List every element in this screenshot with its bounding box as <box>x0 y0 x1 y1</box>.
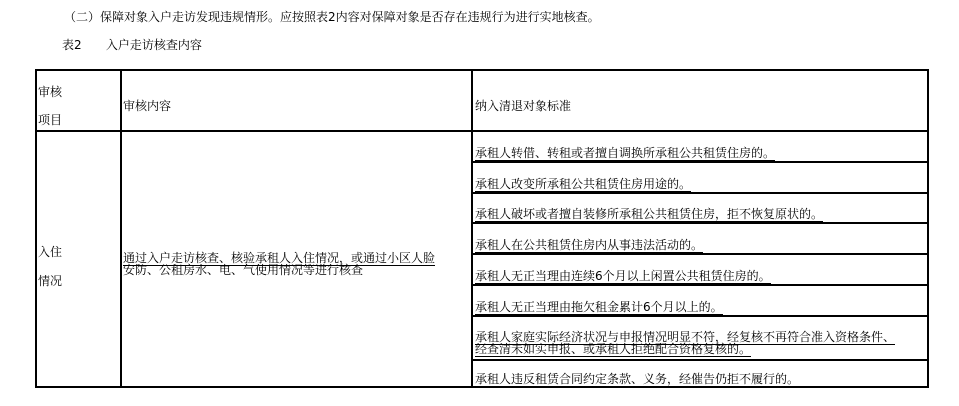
criteria-text: 承租人转借、转租或者擅自调换所承租公共租赁住房的。 <box>475 146 775 161</box>
row-divider <box>473 315 927 317</box>
header-criteria: 纳入清退对象标准 <box>475 100 571 113</box>
column-divider <box>471 71 473 386</box>
column-divider <box>120 71 122 386</box>
criteria-item: 承租人在公共租赁住房内从事违法活动的。 <box>475 239 927 252</box>
criteria-item: 承租人无正当理由拖欠租金累计6个月以上的。 <box>475 301 927 314</box>
content-text: 通过入户走访核查、核验承租人入住情况，或通过小区人脸 安防、公租房水、电、气使用… <box>123 252 435 276</box>
header-divider <box>37 130 927 132</box>
item-line2: 情况 <box>38 275 62 288</box>
criteria-text: 承租人无正当理由拖欠租金累计6个月以上的。 <box>475 300 723 315</box>
criteria-item: 承租人破坏或者擅自装修所承租公共租赁住房，拒不恢复原状的。 <box>475 208 927 221</box>
row-divider <box>473 253 927 255</box>
row-divider <box>473 192 927 194</box>
criteria-text: 承租人违反租赁合同约定条款、义务，经催告仍拒不履行的。 <box>475 372 799 387</box>
criteria-item: 承租人家庭实际经济状况与申报情况明显不符，经复核不再符合准入资格条件、 经查清未… <box>475 331 927 355</box>
header-content: 审核内容 <box>123 100 171 113</box>
row-divider <box>473 359 927 361</box>
row-divider <box>473 284 927 286</box>
row-divider <box>473 222 927 224</box>
criteria-text: 承租人改变所承租公共租赁住房用途的。 <box>475 177 691 192</box>
criteria-text: 承租人在公共租赁住房内从事违法活动的。 <box>475 238 703 253</box>
table-title: 入户走访核查内容 <box>106 38 202 52</box>
criteria-text: 承租人破坏或者擅自装修所承租公共租赁住房，拒不恢复原状的。 <box>475 207 823 222</box>
criteria-text: 承租人无正当理由连续6个月以上闲置公共租赁住房的。 <box>475 269 771 284</box>
inspection-table: 审核 项目 审核内容 纳入清退对象标准 入住 情况 通过入户走访核查、核验承租人… <box>35 69 929 388</box>
criteria-text: 经查清未如实申报、或承租人拒绝配合资格复核的。 <box>475 342 751 357</box>
row-divider <box>473 161 927 163</box>
table-number: 表2 <box>62 38 102 52</box>
header-item-line1: 审核 <box>38 86 62 99</box>
content-line2: 安防、公租房水、电、气使用情况等进行核查 <box>123 263 363 277</box>
criteria-item: 承租人违反租赁合同约定条款、义务，经催告仍拒不履行的。 <box>475 373 927 386</box>
intro-paragraph: （二）保障对象入户走访发现违规情形。应按照表2内容对保障对象是否存在违规行为进行… <box>64 10 600 24</box>
item-line1: 入住 <box>38 246 62 259</box>
table-caption: 表2 入户走访核查内容 <box>62 38 202 52</box>
header-item-line2: 项目 <box>38 114 62 127</box>
criteria-item: 承租人改变所承租公共租赁住房用途的。 <box>475 178 927 191</box>
criteria-item: 承租人转借、转租或者擅自调换所承租公共租赁住房的。 <box>475 147 927 160</box>
criteria-item: 承租人无正当理由连续6个月以上闲置公共租赁住房的。 <box>475 270 927 283</box>
